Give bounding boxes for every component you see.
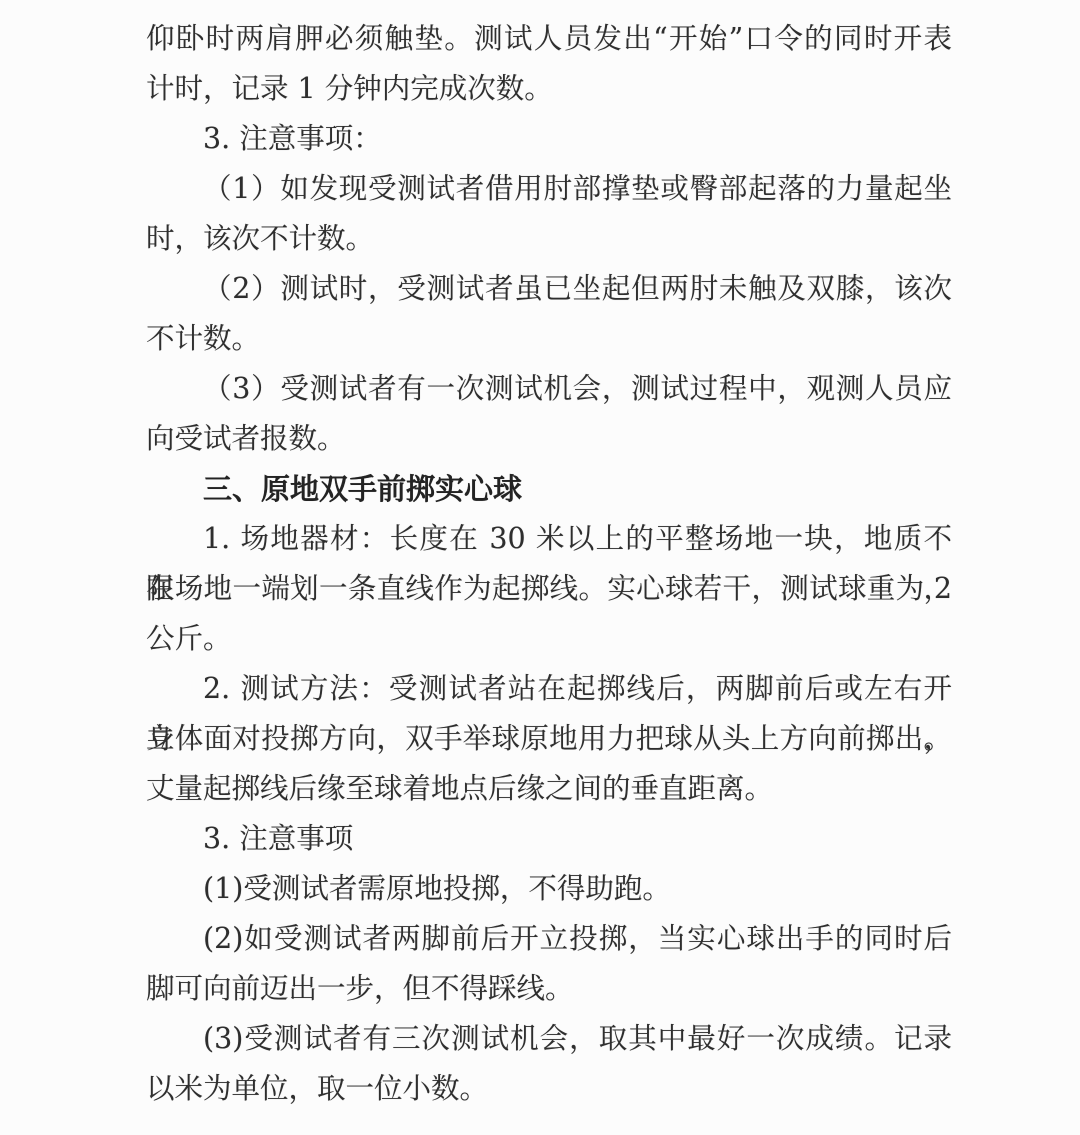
text-line: 不计数。 <box>146 314 952 364</box>
text-line: （3）受测试者有一次测试机会，测试过程中，观测人员应 <box>146 364 952 414</box>
text-line: 向受试者报数。 <box>146 414 952 464</box>
text-line: 脚可向前迈出一步，但不得踩线。 <box>146 964 952 1014</box>
text-line: 身体面对投掷方向，双手举球原地用力把球从头上方向前掷出。 <box>146 714 952 764</box>
document-lines: 仰卧时两肩胛必须触垫。测试人员发出“开始”口令的同时开表计时，记录 1 分钟内完… <box>146 14 952 1114</box>
text-line: 以米为单位，取一位小数。 <box>146 1064 952 1114</box>
text-line: (2)如受测试者两脚前后开立投掷，当实心球出手的同时后 <box>146 914 952 964</box>
text-line: 仰卧时两肩胛必须触垫。测试人员发出“开始”口令的同时开表 <box>146 14 952 64</box>
section-heading: 三、原地双手前掷实心球 <box>146 464 952 514</box>
document-page: 仰卧时两肩胛必须触垫。测试人员发出“开始”口令的同时开表计时，记录 1 分钟内完… <box>0 0 1080 1135</box>
text-line: 时，该次不计数。 <box>146 214 952 264</box>
text-line: 1. 场地器材：长度在 30 米以上的平整场地一块，地质不限， <box>146 514 952 564</box>
text-line: （1）如发现受测试者借用肘部撑垫或臀部起落的力量起坐 <box>146 164 952 214</box>
text-line: 3. 注意事项 <box>146 814 952 864</box>
text-line: （2）测试时，受测试者虽已坐起但两肘未触及双膝，该次 <box>146 264 952 314</box>
text-line: 丈量起掷线后缘至球着地点后缘之间的垂直距离。 <box>146 764 952 814</box>
text-line: (3)受测试者有三次测试机会，取其中最好一次成绩。记录 <box>146 1014 952 1064</box>
text-line: (1)受测试者需原地投掷，不得助跑。 <box>146 864 952 914</box>
text-line: 3. 注意事项： <box>146 114 952 164</box>
text-line: 2. 测试方法：受测试者站在起掷线后，两脚前后或左右开立， <box>146 664 952 714</box>
text-line: 计时，记录 1 分钟内完成次数。 <box>146 64 952 114</box>
text-line: 公斤。 <box>146 614 952 664</box>
text-line: 在场地一端划一条直线作为起掷线。实心球若干，测试球重为 2 <box>146 564 952 614</box>
